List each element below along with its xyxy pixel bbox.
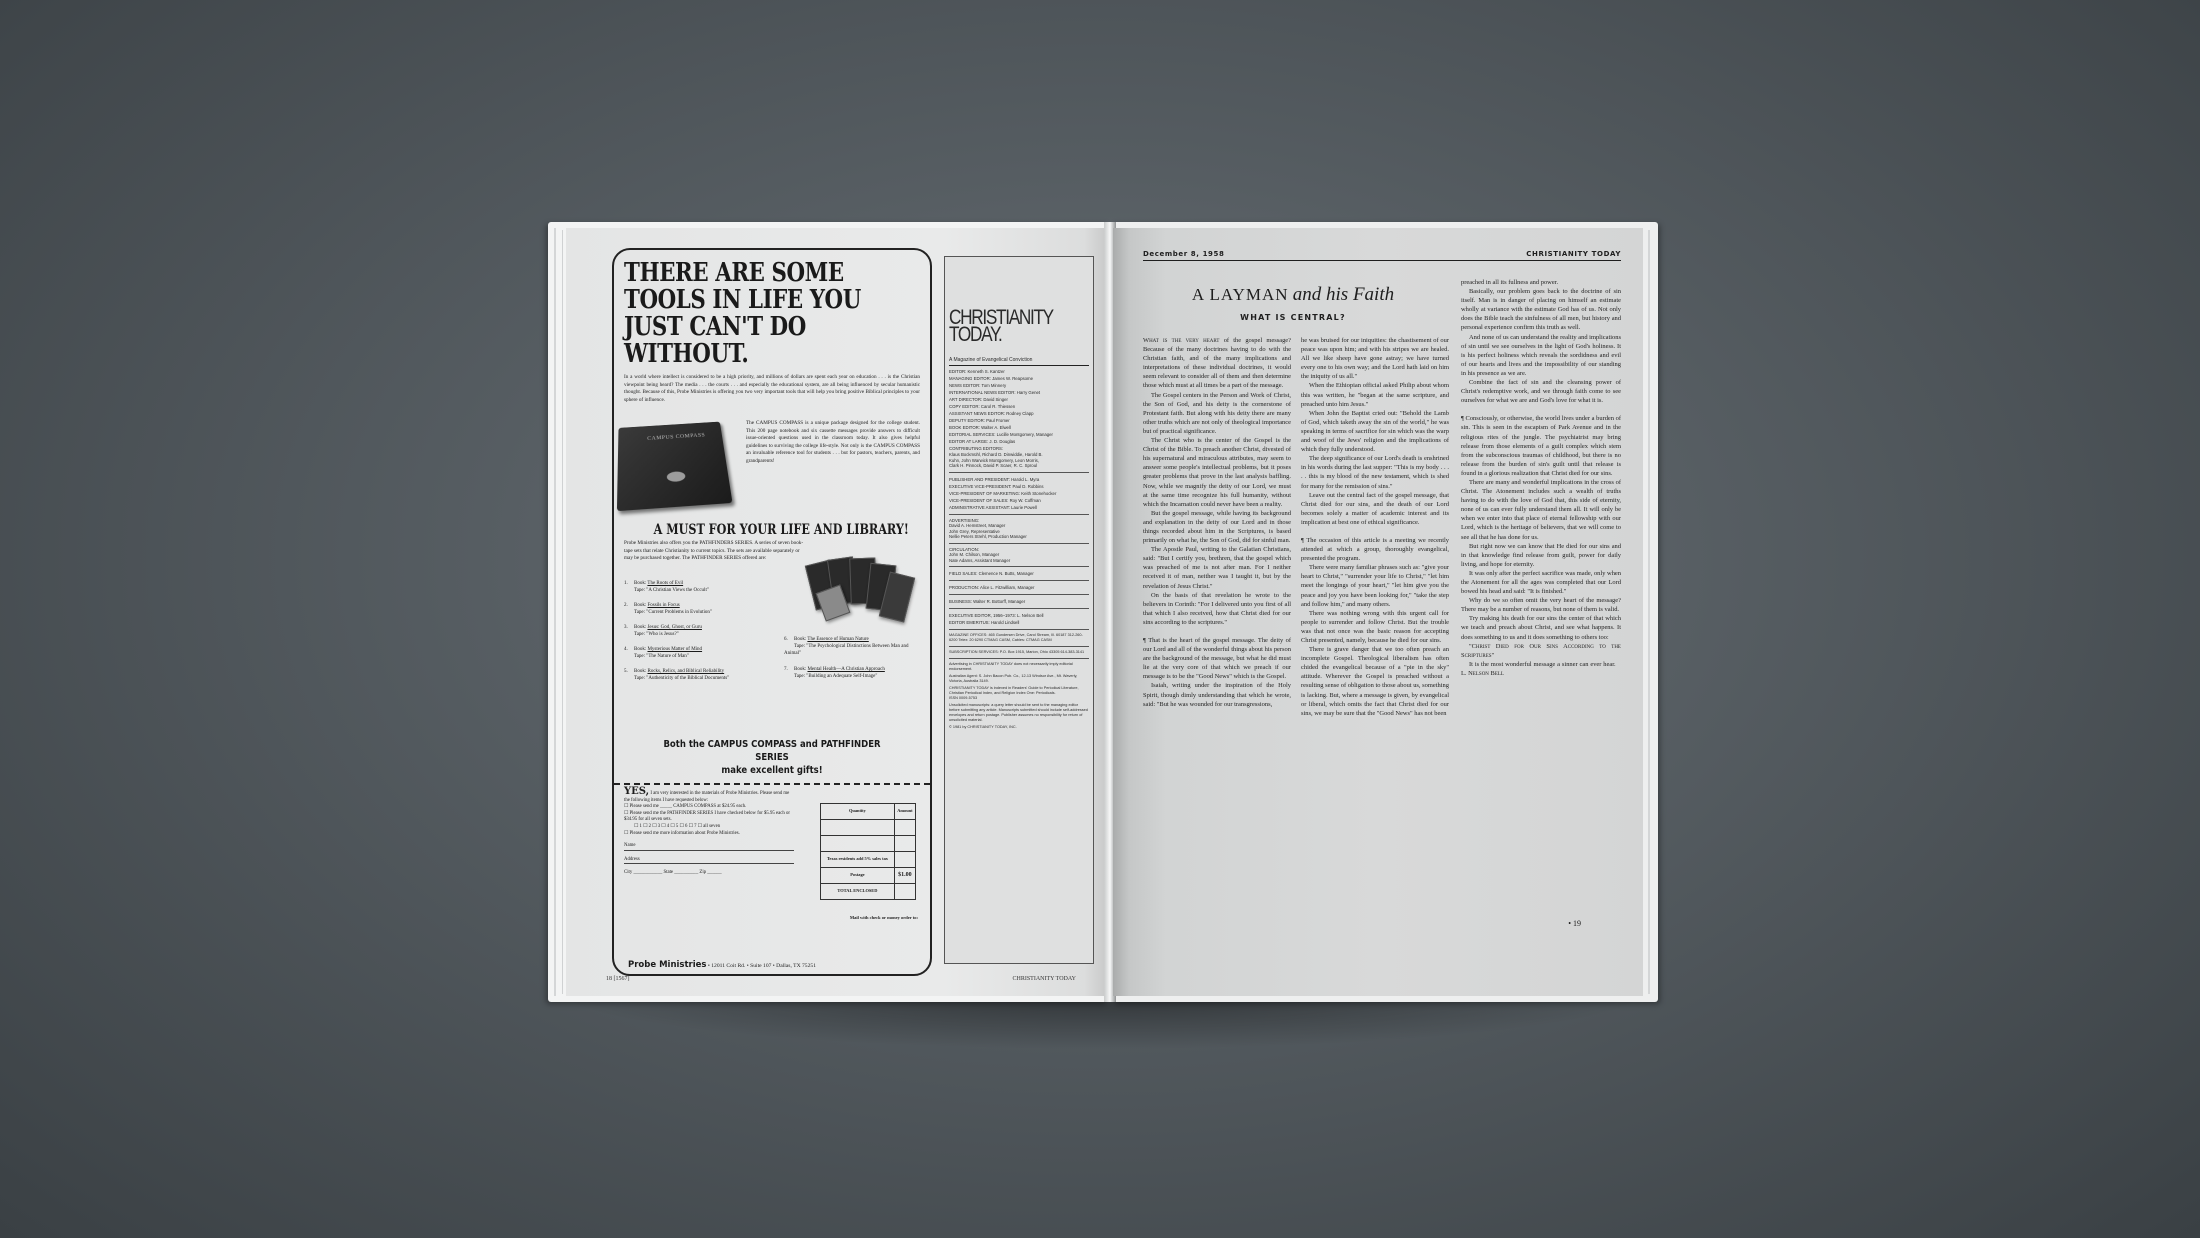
running-head: December 8, 1958 CHRISTIANITY TODAY bbox=[1143, 250, 1621, 261]
issn: ISSN 0009-5753 bbox=[949, 696, 1089, 701]
book-item-2: 2.Book: Fossils in Focus Tape: "Current … bbox=[624, 602, 784, 616]
order-set-checkboxes[interactable]: ☐ 1 ☐ 2 ☐ 3 ☐ 4 ☐ 5 ☐ 6 ☐ 7 ☐ all seven bbox=[624, 824, 794, 831]
left-page-number: 18 [1567] bbox=[606, 976, 630, 982]
probe-ministries-ad: THERE ARE SOME TOOLS IN LIFE YOU JUST CA… bbox=[612, 248, 932, 976]
editorial-staff: EDITOR: Kenneth S. Kantzer MANAGING EDIT… bbox=[949, 368, 1089, 469]
probe-address-footer: Probe Ministries • 12011 Coit Rd. • Suit… bbox=[628, 960, 816, 970]
city-state-zip-field[interactable]: City ____________ State __________ Zip _… bbox=[624, 870, 794, 877]
issue-date: December 8, 1958 bbox=[1143, 250, 1224, 258]
australian-agent: Australian Agent: S. John Bacon Pub. Co.… bbox=[949, 674, 1089, 684]
field-sales: FIELD SALES: Clemence N. Butts, Manager bbox=[949, 570, 1089, 577]
ad-headline: THERE ARE SOME TOOLS IN LIFE YOU JUST CA… bbox=[624, 260, 920, 368]
order-intro: I am very interested in the materials of… bbox=[624, 791, 789, 803]
christianity-today-logo: CHRISTIANITY TODAY. bbox=[949, 309, 1098, 343]
copyright: © 1981 by CHRISTIANITY TODAY, INC. bbox=[949, 725, 1089, 730]
indexing-note: CHRISTIANITY TODAY is indexed in Readers… bbox=[949, 686, 1089, 696]
campus-compass-section: CAMPUS COMPASS The CAMPUS COMPASS is a u… bbox=[624, 414, 920, 518]
book-item-7: 7.Book: Mental Health—A Christian Approa… bbox=[784, 666, 924, 680]
right-page: December 8, 1958 CHRISTIANITY TODAY A LA… bbox=[1113, 228, 1643, 996]
book-cover-title: CAMPUS COMPASS bbox=[647, 433, 705, 442]
coupon-cut-line bbox=[614, 783, 930, 785]
pathfinder-books-image bbox=[806, 554, 912, 632]
business: BUSINESS: Walter R. Bottorff, Manager bbox=[949, 598, 1089, 605]
book-item-6: 6.Book: The Essence of Human Nature Tape… bbox=[784, 636, 924, 657]
article-subtitle: WHAT IS CENTRAL? bbox=[1143, 313, 1443, 322]
book-item-5: 5.Book: Rocks, Relics, and Biblical Reli… bbox=[624, 668, 784, 682]
advertising-staff: ADVERTISING: David A. Hemstreet, Manager… bbox=[949, 518, 1089, 540]
magazine-spread: THERE ARE SOME TOOLS IN LIFE YOU JUST CA… bbox=[548, 222, 1658, 1002]
article-column-2: he was bruised for our iniquities: the c… bbox=[1301, 336, 1449, 718]
compass-emblem-icon bbox=[667, 471, 686, 482]
order-yes: YES, bbox=[624, 786, 649, 797]
left-page: THERE ARE SOME TOOLS IN LIFE YOU JUST CA… bbox=[566, 228, 1106, 996]
publication-name: CHRISTIANITY TODAY bbox=[1526, 250, 1621, 258]
pathfinder-intro: Probe Ministries also offers you the PAT… bbox=[624, 540, 804, 563]
masthead-tagline: A Magazine of Evangelical Conviction bbox=[949, 357, 1089, 366]
advertising-disclaimer: Advertising in CHRISTIANITY TODAY does n… bbox=[949, 662, 1089, 672]
author-signature: L. Nelson Bell bbox=[1461, 670, 1504, 677]
order-coupon: YES, I am very interested in the materia… bbox=[624, 789, 920, 939]
ad-subhead: A MUST FOR YOUR LIFE AND LIBRARY! bbox=[654, 522, 891, 538]
magazine-offices: MAGAZINE OFFICES: 465 Gundersen Drive, C… bbox=[949, 633, 1089, 643]
address-field[interactable]: Address bbox=[624, 857, 794, 865]
left-page-footer-title: CHRISTIANITY TODAY bbox=[1012, 976, 1076, 982]
mail-instructions: Mail with check or money order to: bbox=[850, 915, 918, 922]
editor-emeritus: EDITOR EMERITUS: Harold Lindsell bbox=[949, 619, 1089, 626]
article-title: A LAYMAN and his Faith bbox=[1143, 284, 1443, 306]
probe-ministries-logo: Probe Ministries bbox=[628, 960, 706, 970]
right-page-number: • 19 bbox=[1568, 919, 1581, 928]
order-option-pathfinder[interactable]: ☐ Please send me the PATHFINDER SERIES I… bbox=[624, 811, 794, 824]
gifts-callout: Both the CAMPUS COMPASS and PATHFINDER S… bbox=[646, 738, 898, 777]
campus-compass-book-image: CAMPUS COMPASS bbox=[615, 416, 742, 516]
book-item-1: 1.Book: The Roots of Evil Tape: "A Chris… bbox=[624, 580, 784, 594]
article-column-3: preached in all its fullness and power. … bbox=[1461, 278, 1621, 678]
circulation-staff: CIRCULATION: John M. Chilson, Manager Na… bbox=[949, 547, 1089, 564]
subscription-services: SUBSCRIPTION SERVICES: P.O. Box 1915, Ma… bbox=[949, 650, 1089, 655]
executive-editor: EXECUTIVE EDITOR, 1956–1973: L. Nelson B… bbox=[949, 612, 1089, 619]
article: December 8, 1958 CHRISTIANITY TODAY A LA… bbox=[1143, 250, 1621, 970]
production: PRODUCTION: Alice L. Fitzwilliam, Manage… bbox=[949, 584, 1089, 591]
christianity-today-masthead: CHRISTIANITY TODAY. A Magazine of Evange… bbox=[944, 256, 1094, 964]
order-amount-table: Quantity Amount Texas residents add 5% s… bbox=[820, 803, 916, 900]
campus-compass-description: The CAMPUS COMPASS is a unique package d… bbox=[734, 414, 920, 518]
ad-intro: In a world where intellect is considered… bbox=[624, 374, 920, 404]
article-column-1: What is the very heart of the gospel mes… bbox=[1143, 336, 1291, 709]
pathfinder-series-section: Probe Ministries also offers you the PAT… bbox=[624, 540, 920, 736]
order-option-compass[interactable]: ☐ Please send me _____ CAMPUS COMPASS at… bbox=[624, 804, 794, 811]
book-item-3: 3.Book: Jesus: God, Ghost, or Guru Tape:… bbox=[624, 624, 784, 638]
name-field[interactable]: Name bbox=[624, 843, 794, 851]
order-option-info[interactable]: ☐ Please send me more information about … bbox=[624, 831, 794, 838]
manuscripts-note: Unsolicited manuscripts: a query letter … bbox=[949, 703, 1089, 723]
book-item-4: 4.Book: Mysterious Matter of Mind Tape: … bbox=[624, 646, 784, 660]
publishing-staff: PUBLISHER AND PRESIDENT: Harold L. Myra … bbox=[949, 476, 1089, 511]
